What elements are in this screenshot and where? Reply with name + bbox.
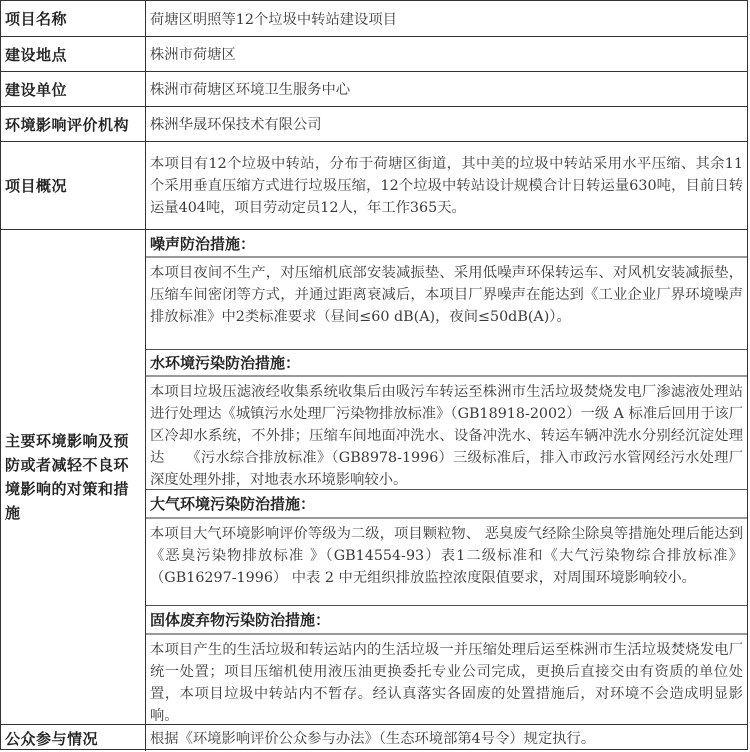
row-measures: 主要环境影响及预防或者减轻不良环境影响的对策和措施 噪声防治措施： 本项目夜间不… [1, 230, 747, 725]
value-eia-agency: 株洲华晟环保技术有限公司 [146, 107, 747, 141]
row-location: 建设地点 株洲市荷塘区 [1, 37, 747, 72]
row-builder: 建设单位 株洲市荷塘区环境卫生服务中心 [1, 72, 747, 107]
label-measures: 主要环境影响及预防或者减轻不良环境影响的对策和措施 [1, 230, 146, 724]
label-project-name: 项目名称 [1, 1, 146, 36]
label-builder: 建设单位 [1, 72, 146, 106]
row-public-participation: 公众参与情况 根据《环境影响评价公众参与办法》（生态环境部第4号令）规定执行。 [1, 725, 747, 751]
section-water-text: 本项目垃圾压滤液经收集系统收集后由吸污车转运至株洲市生活垃圾焚烧发电厂渗滤液处理… [146, 377, 747, 490]
section-solid-waste-title: 固体废弃物污染防治措施： [146, 606, 747, 635]
row-project-name: 项目名称 荷塘区明照等12个垃圾中转站建设项目 [1, 1, 747, 37]
value-overview-cell: 本项目有12个垃圾中转站，分布于荷塘区街道，其中美的垃圾中转站采用水平压缩、其余… [146, 142, 747, 229]
value-overview: 本项目有12个垃圾中转站，分布于荷塘区街道，其中美的垃圾中转站采用水平压缩、其余… [150, 153, 743, 219]
value-builder: 株洲市荷塘区环境卫生服务中心 [146, 72, 747, 106]
solid-waste-paragraph: 本项目产生的生活垃圾和转运站内的生活垃圾一并压缩处理后运至株洲市生活垃圾焚烧发电… [150, 639, 743, 727]
section-water-title: 水环境污染防治措施： [146, 350, 747, 377]
row-eia-agency: 环境影响评价机构 株洲华晟环保技术有限公司 [1, 107, 747, 142]
label-eia-agency: 环境影响评价机构 [1, 107, 146, 141]
section-solid-waste-text: 本项目产生的生活垃圾和转运站内的生活垃圾一并压缩处理后运至株洲市生活垃圾焚烧发电… [146, 635, 747, 725]
noise-paragraph: 本项目夜间不生产，对压缩机底部安装减振垫、采用低噪声环保转运车、对风机安装减振垫… [150, 262, 743, 328]
label-overview: 项目概况 [1, 142, 146, 229]
row-overview: 项目概况 本项目有12个垃圾中转站，分布于荷塘区街道，其中美的垃圾中转站采用水平… [1, 142, 747, 230]
section-noise-text: 本项目夜间不生产，对压缩机底部安装减振垫、采用低噪声环保转运车、对风机安装减振垫… [146, 258, 747, 350]
value-project-name: 荷塘区明照等12个垃圾中转站建设项目 [146, 1, 747, 36]
project-info-table: 项目名称 荷塘区明照等12个垃圾中转站建设项目 建设地点 株洲市荷塘区 建设单位… [0, 0, 748, 750]
water-paragraph: 本项目垃圾压滤液经收集系统收集后由吸污车转运至株洲市生活垃圾焚烧发电厂渗滤液处理… [150, 381, 743, 491]
label-location: 建设地点 [1, 37, 146, 71]
section-air-text: 本项目大气环境影响评价等级为二级，项目颗粒物、 恶臭废气经除尘除臭等措施处理后能… [146, 519, 747, 606]
value-location: 株洲市荷塘区 [146, 37, 747, 71]
section-noise-title: 噪声防治措施： [146, 230, 747, 258]
section-air-title: 大气环境污染防治措施： [146, 490, 747, 519]
air-paragraph: 本项目大气环境影响评价等级为二级，项目颗粒物、 恶臭废气经除尘除臭等措施处理后能… [150, 523, 743, 589]
value-public-participation: 根据《环境影响评价公众参与办法》（生态环境部第4号令）规定执行。 [146, 725, 747, 751]
label-public-participation: 公众参与情况 [1, 725, 146, 751]
